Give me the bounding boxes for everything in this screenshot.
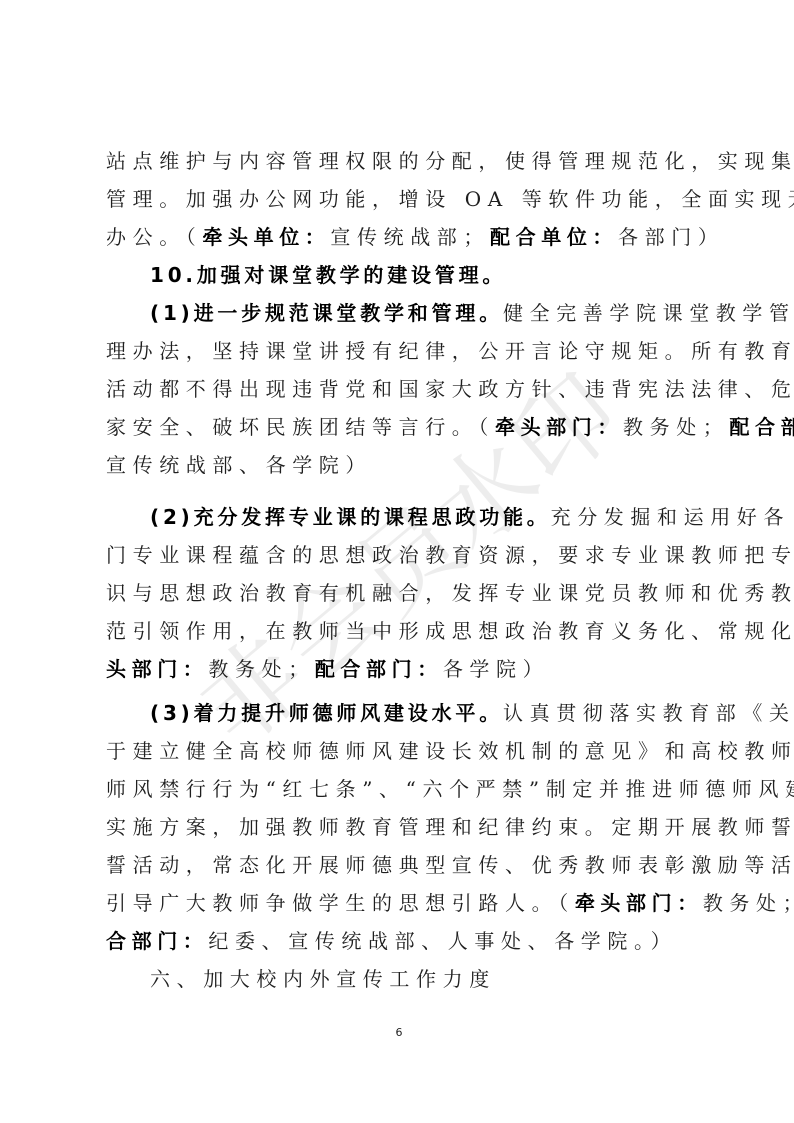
cooperating-dept-label: 配合部门： bbox=[315, 657, 443, 681]
body-text: 管理。加强办公网功能，增设 OA 等软件功能，全面实现无纸化 bbox=[106, 187, 794, 211]
body-text: 纪委、宣传统战部、人事处、各学院。） bbox=[208, 929, 677, 953]
cooperating-dept-label: 配合部门： bbox=[729, 415, 794, 439]
paragraph-line: 宣传统战部、各学院） bbox=[106, 450, 706, 480]
body-text: 誓活动，常态化开展师德典型宣传、优秀教师表彰激励等活动， bbox=[106, 853, 794, 877]
paragraph-line: (1)进一步规范课堂教学和管理。健全完善学院课堂教学管 bbox=[150, 298, 750, 328]
paragraph-line: 活动都不得出现违背党和国家大政方针、违背宪法法律、危害国 bbox=[106, 374, 706, 404]
section-title: 六、加大校内外宣传工作力度 bbox=[150, 967, 496, 991]
body-text: 教务处； bbox=[208, 657, 314, 681]
paragraph-line: (2)充分发挥专业课的课程思政功能。充分发掘和运用好各 bbox=[150, 502, 750, 532]
paragraph-line: 于建立健全高校师德师风建设长效机制的意见》和高校教师师德 bbox=[106, 736, 706, 766]
section-heading: 10.加强对课堂教学的建设管理。 bbox=[150, 260, 750, 290]
heading-text: 10.加强对课堂教学的建设管理。 bbox=[150, 263, 506, 287]
body-text: 范引领作用，在教师当中形成思想政治教育义务化、常规化。（ bbox=[106, 619, 794, 643]
lead-unit-label: 牵头单位： bbox=[202, 225, 330, 249]
body-text: 健全完善学院课堂教学管 bbox=[503, 301, 794, 325]
paragraph-line: 办公。（牵头单位：宣传统战部；配合单位：各部门） bbox=[106, 222, 706, 252]
body-text: 宣传统战部； bbox=[330, 225, 490, 249]
body-text: 实施方案，加强教师教育管理和纪律约束。定期开展教师誓词宣 bbox=[106, 815, 794, 839]
paragraph-line: 门专业课程蕴含的思想政治教育资源，要求专业课教师把专业知 bbox=[106, 540, 706, 570]
body-text: 教务处； bbox=[623, 415, 729, 439]
body-text: 认真贯彻落实教育部《关 bbox=[503, 701, 794, 725]
paragraph-line: 合部门：纪委、宣传统战部、人事处、各学院。） bbox=[106, 926, 706, 956]
paragraph-line: 理办法，坚持课堂讲授有纪律，公开言论守规矩。所有教育教学 bbox=[106, 336, 706, 366]
paragraph-line: 头部门：教务处；配合部门：各学院） bbox=[106, 654, 706, 684]
paragraph-line: 家安全、破坏民族团结等言行。（牵头部门：教务处；配合部门： bbox=[106, 412, 706, 442]
subheading-text: (2)充分发挥专业课的课程思政功能。 bbox=[150, 505, 551, 529]
body-text: 于建立健全高校师德师风建设长效机制的意见》和高校教师师德 bbox=[106, 739, 794, 763]
paragraph-line: (3)着力提升师德师风建设水平。认真贯彻落实教育部《关 bbox=[150, 698, 750, 728]
section-heading: 六、加大校内外宣传工作力度 bbox=[150, 964, 750, 994]
body-text: 宣传统战部、各学院） bbox=[106, 453, 372, 477]
paragraph-line: 引导广大教师争做学生的思想引路人。（牵头部门：教务处；配 bbox=[106, 888, 706, 918]
body-text: 门专业课程蕴含的思想政治教育资源，要求专业课教师把专业知 bbox=[106, 543, 794, 567]
body-text: 家安全、破坏民族团结等言行。（ bbox=[106, 415, 495, 439]
document-page: 非会员水印 站点维护与内容管理权限的分配，使得管理规范化，实现集群化 管理。加强… bbox=[0, 0, 794, 1123]
body-text: 理办法，坚持课堂讲授有纪律，公开言论守规矩。所有教育教学 bbox=[106, 339, 794, 363]
paragraph-line: 识与思想政治教育有机融合，发挥专业课党员教师和优秀教师示 bbox=[106, 578, 706, 608]
body-text: 各部门） bbox=[618, 225, 724, 249]
lead-dept-label: 牵头部门： bbox=[495, 415, 623, 439]
body-text: 站点维护与内容管理权限的分配，使得管理规范化，实现集群化 bbox=[106, 149, 794, 173]
paragraph-line: 师风禁行行为“红七条”、“六个严禁”制定并推进师德师风建设 bbox=[106, 774, 706, 804]
body-text: 活动都不得出现违背党和国家大政方针、违背宪法法律、危害国 bbox=[106, 377, 794, 401]
body-text: 充分发掘和运用好各 bbox=[551, 505, 790, 529]
cooperating-unit-label: 配合单位： bbox=[490, 225, 618, 249]
lead-dept-label: 牵头部门： bbox=[575, 891, 703, 915]
body-text: 各学院） bbox=[443, 657, 549, 681]
paragraph-line: 范引领作用，在教师当中形成思想政治教育义务化、常规化。（牵 bbox=[106, 616, 706, 646]
body-text: 办公。（ bbox=[106, 225, 202, 249]
paragraph-line: 实施方案，加强教师教育管理和纪律约束。定期开展教师誓词宣 bbox=[106, 812, 706, 842]
cooperating-dept-label: 合部门： bbox=[106, 929, 208, 953]
paragraph-line: 誓活动，常态化开展师德典型宣传、优秀教师表彰激励等活动， bbox=[106, 850, 706, 880]
page-number: 6 bbox=[392, 1026, 406, 1039]
body-text: 识与思想政治教育有机融合，发挥专业课党员教师和优秀教师示 bbox=[106, 581, 794, 605]
subheading-text: (1)进一步规范课堂教学和管理。 bbox=[150, 301, 503, 325]
lead-dept-label: 头部门： bbox=[106, 657, 208, 681]
paragraph-line: 管理。加强办公网功能，增设 OA 等软件功能，全面实现无纸化 bbox=[106, 184, 706, 214]
body-text: 师风禁行行为“红七条”、“六个严禁”制定并推进师德师风建设 bbox=[106, 777, 794, 801]
body-text: 教务处； bbox=[703, 891, 794, 915]
paragraph-line: 站点维护与内容管理权限的分配，使得管理规范化，实现集群化 bbox=[106, 146, 706, 176]
body-text: 引导广大教师争做学生的思想引路人。（ bbox=[106, 891, 575, 915]
subheading-text: (3)着力提升师德师风建设水平。 bbox=[150, 701, 503, 725]
